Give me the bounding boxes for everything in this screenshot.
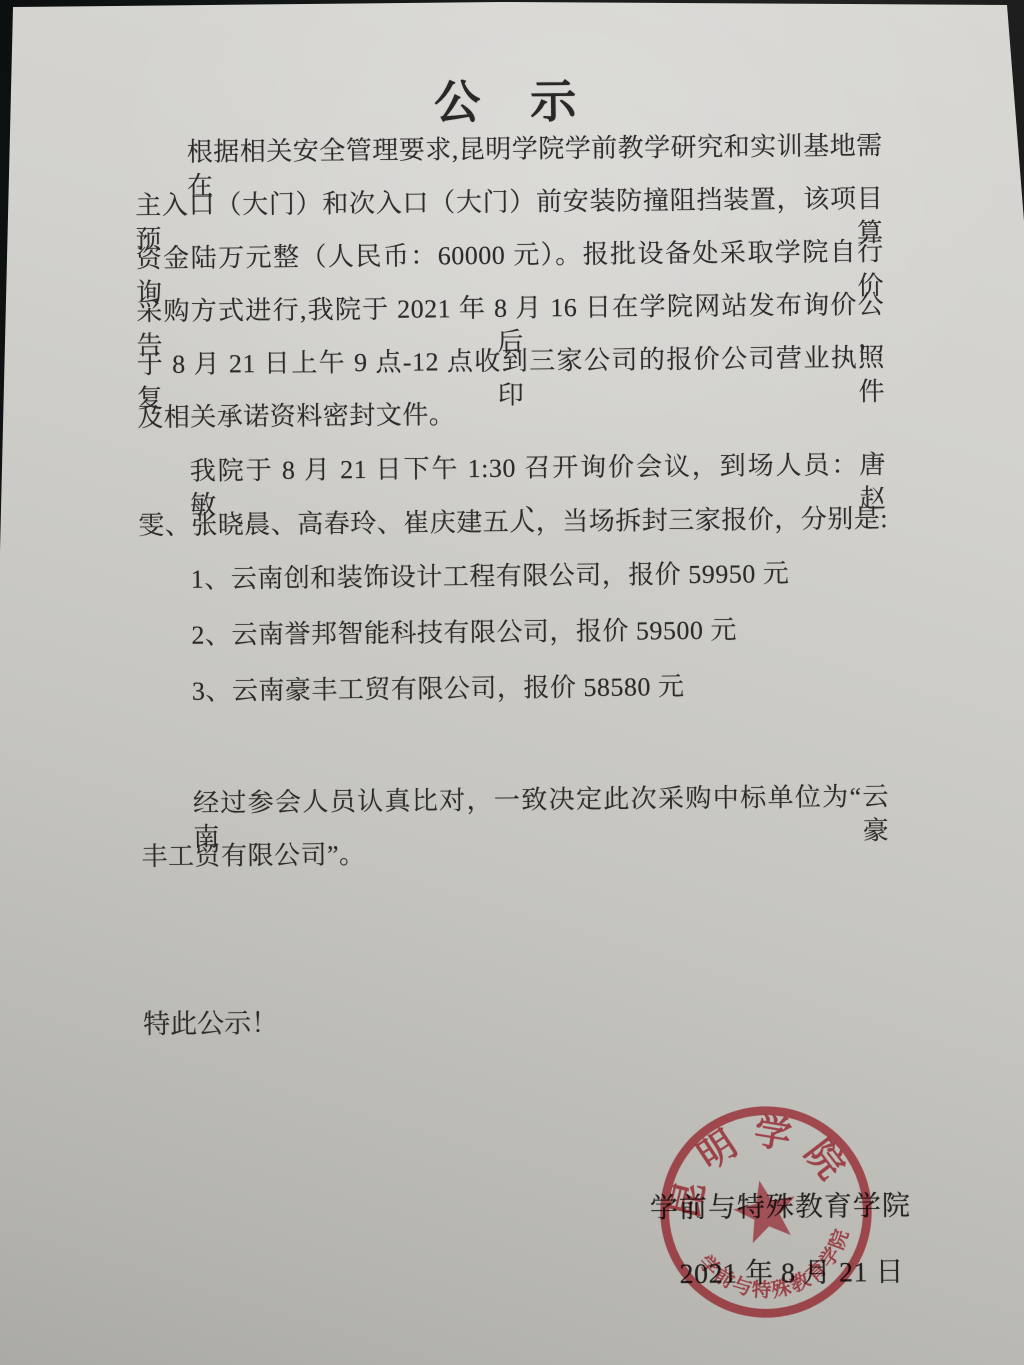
quote-line-1: 1、云南创和装饰设计工程有限公司，报价 59950 元 — [139, 556, 887, 597]
quote-line-2: 2、云南誉邦智能科技有限公司，报价 59500 元 — [139, 612, 887, 653]
body-line: 雯、张晓晨、高春玲、崔庆建五人，当场拆封三家报价，分别是: — [138, 502, 886, 543]
body-line: 丰工贸有限公司”。 — [141, 833, 889, 874]
quote-line-3: 3、云南豪丰工贸有限公司，报价 58580 元 — [140, 668, 888, 709]
closing-text: 特此公示！ — [143, 1001, 278, 1041]
paper-sheet: 公 示 根据相关安全管理要求,昆明学院学前教学研究和实训基地需在 主入口（大门）… — [0, 0, 1024, 1365]
page-title: 公 示 — [0, 61, 1019, 137]
body-line: 及相关承诺资料密封文件。 — [137, 394, 885, 435]
document-photo: 公 示 根据相关安全管理要求,昆明学院学前教学研究和实训基地需在 主入口（大门）… — [0, 0, 1024, 1365]
official-stamp: 昆明学院 学前与特殊教育学院 — [633, 1079, 899, 1345]
stamp-star-icon — [729, 1174, 803, 1246]
notice-body: 公 示 根据相关安全管理要求,昆明学院学前教学研究和实训基地需在 主入口（大门）… — [0, 0, 1024, 1365]
